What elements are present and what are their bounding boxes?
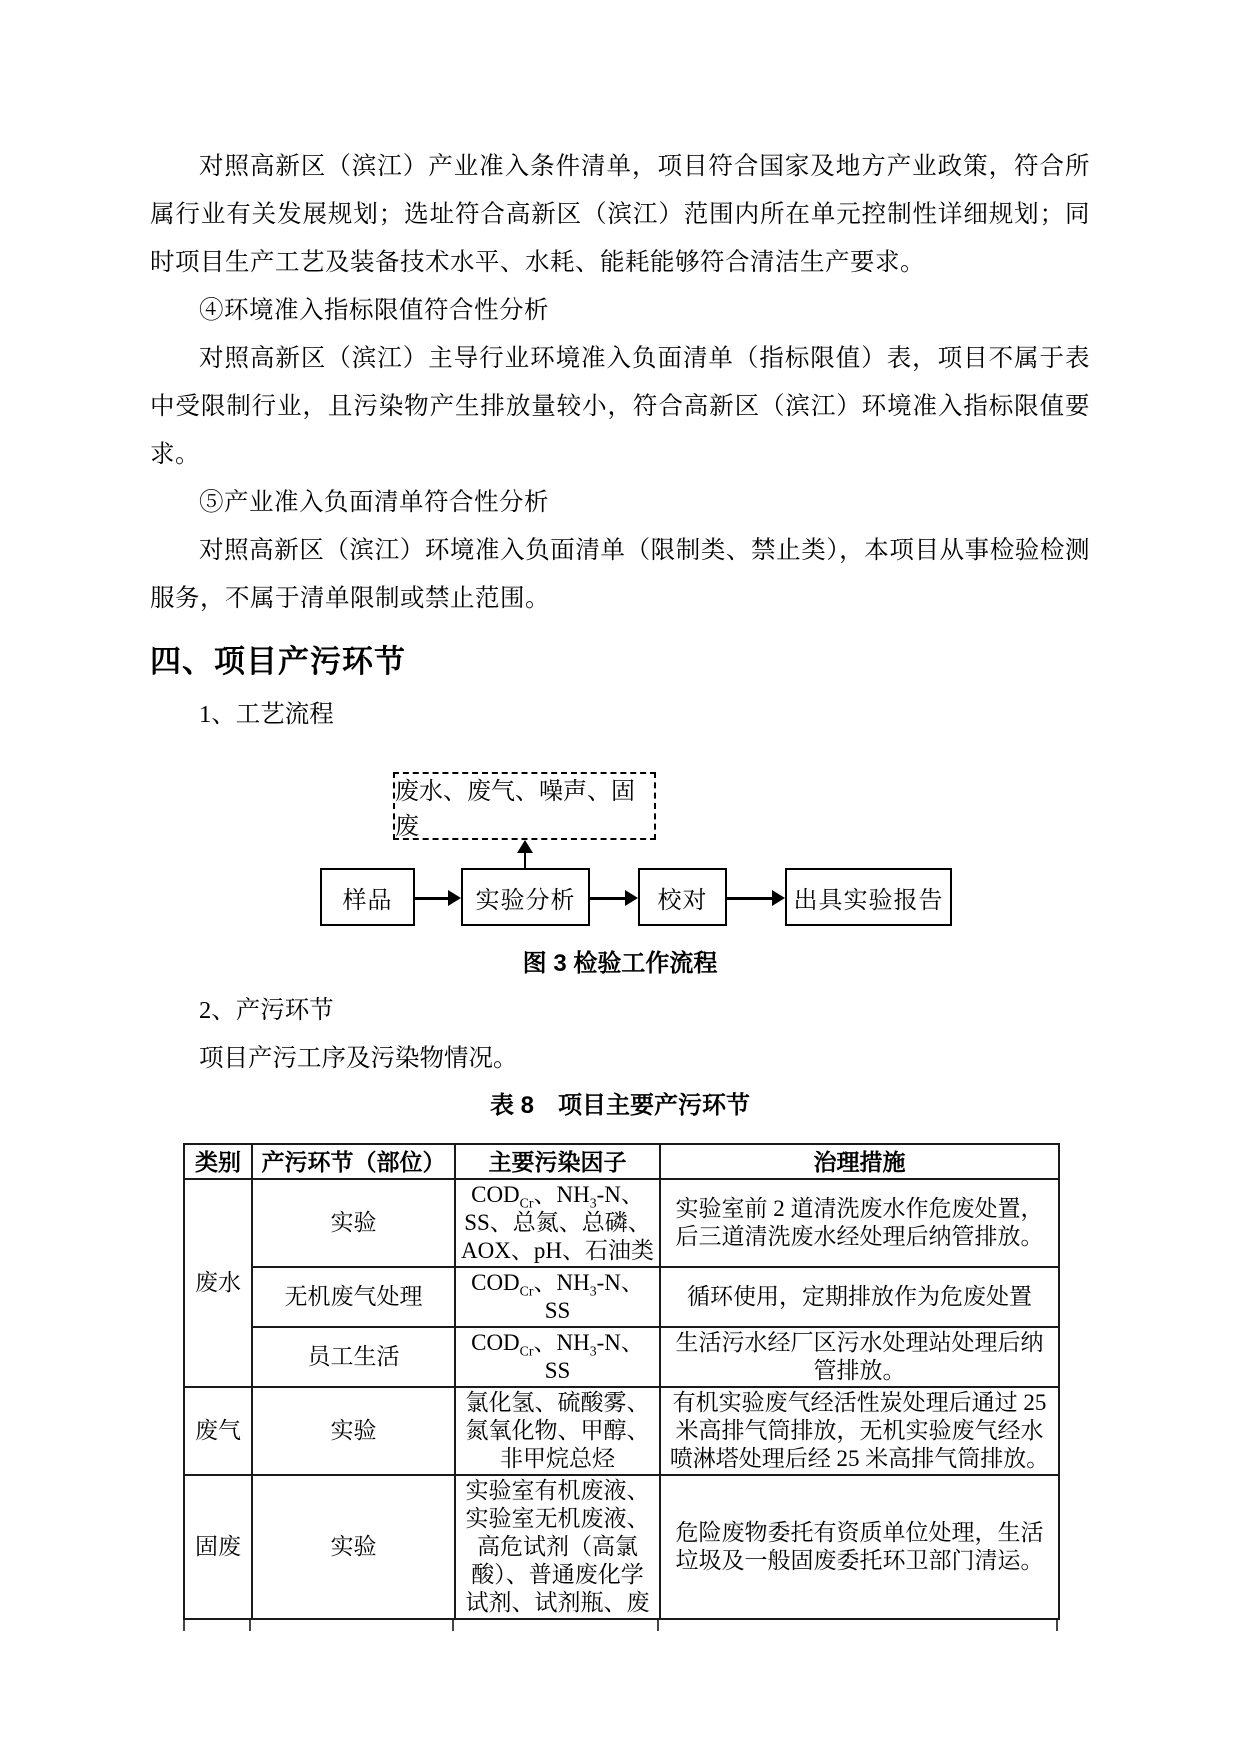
measure-cell: 生活污水经厂区污水处理站处理后纳管排放。 bbox=[660, 1327, 1059, 1387]
paragraph-industry-policy: 对照高新区（滨江）产业准入条件清单，项目符合国家及地方产业政策，符合所属行业有关… bbox=[150, 143, 1090, 287]
stage-cell: 实验 bbox=[252, 1475, 455, 1619]
paragraph-negative-list: 对照高新区（滨江）环境准入负面清单（限制类、禁止类），本项目从事检验检测服务，不… bbox=[150, 527, 1090, 623]
table-caption: 表 8 项目主要产污环节 bbox=[150, 1089, 1090, 1123]
category-solidwaste: 固废 bbox=[184, 1475, 252, 1619]
factors-cell: CODCr、NH3-N、SS、总氮、总磷、AOX、pH、石油类 bbox=[455, 1179, 660, 1267]
measure-cell: 危险废物委托有资质单位处理，生活垃圾及一般固废委托环卫部门清运。 bbox=[660, 1475, 1059, 1619]
stage-cell: 实验 bbox=[252, 1179, 455, 1267]
flow-step-sample: 样品 bbox=[320, 868, 415, 926]
table-header-row: 类别 产污环节（部位） 主要污染因子 治理措施 bbox=[184, 1144, 1059, 1179]
flow-step-report: 出具实验报告 bbox=[785, 868, 952, 926]
process-flow-diagram: 废水、废气、噪声、固废 样品 实验分析 校对 出具实验报告 bbox=[150, 759, 1090, 949]
category-wastegas: 废气 bbox=[184, 1387, 252, 1475]
factors-cell: 实验室有机废液、实验室无机废液、高危试剂（高氯酸）、普通废化学试剂、试剂瓶、废 bbox=[455, 1475, 660, 1619]
table-row: 废水 实验 CODCr、NH3-N、SS、总氮、总磷、AOX、pH、石油类 实验… bbox=[184, 1179, 1059, 1267]
header-factors: 主要污染因子 bbox=[455, 1144, 660, 1179]
stage-cell: 员工生活 bbox=[252, 1327, 455, 1387]
measure-cell: 实验室前 2 道清洗废水作危废处置，后三道清洗废水经处理后纳管排放。 bbox=[660, 1179, 1059, 1267]
factors-cell: CODCr、NH3-N、SS bbox=[455, 1267, 660, 1327]
right-arrow-icon bbox=[727, 890, 785, 906]
subheading-process-flow: 1、工艺流程 bbox=[150, 691, 1090, 739]
paragraph-table-intro: 项目产污工序及污染物情况。 bbox=[150, 1035, 1090, 1083]
stage-cell: 实验 bbox=[252, 1387, 455, 1475]
paragraph-item-5-title: ⑤产业准入负面清单符合性分析 bbox=[150, 479, 1090, 527]
flow-step-analysis: 实验分析 bbox=[461, 868, 590, 926]
factors-cell: CODCr、NH3-N、SS bbox=[455, 1327, 660, 1387]
flow-step-proofread: 校对 bbox=[638, 868, 727, 926]
right-arrow-icon bbox=[590, 890, 638, 906]
table-row: 固废 实验 实验室有机废液、实验室无机废液、高危试剂（高氯酸）、普通废化学试剂、… bbox=[184, 1475, 1059, 1619]
document-page: 对照高新区（滨江）产业准入条件清单，项目符合国家及地方产业政策，符合所属行业有关… bbox=[0, 0, 1240, 1754]
category-wastewater: 废水 bbox=[184, 1179, 252, 1387]
byproducts-dashed-box: 废水、废气、噪声、固废 bbox=[393, 772, 656, 840]
stage-cell: 无机废气处理 bbox=[252, 1267, 455, 1327]
header-category: 类别 bbox=[184, 1144, 252, 1179]
paragraph-item-4-title: ④环境准入指标限值符合性分析 bbox=[150, 287, 1090, 335]
right-arrow-icon bbox=[415, 890, 461, 906]
subheading-pollution-links: 2、产污环节 bbox=[150, 987, 1090, 1035]
figure-caption: 图 3 检验工作流程 bbox=[150, 949, 1090, 979]
section-heading: 四、项目产污环节 bbox=[150, 639, 1090, 685]
table-continuation-stubs bbox=[183, 1620, 1058, 1632]
pollution-table: 类别 产污环节（部位） 主要污染因子 治理措施 废水 实验 CODCr、NH3-… bbox=[183, 1143, 1060, 1620]
paragraph-limit-analysis: 对照高新区（滨江）主导行业环境准入负面清单（指标限值）表，项目不属于表中受限制行… bbox=[150, 335, 1090, 479]
header-stage: 产污环节（部位） bbox=[252, 1144, 455, 1179]
factors-cell: 氯化氢、硫酸雾、氮氧化物、甲醇、非甲烷总烃 bbox=[455, 1387, 660, 1475]
measure-cell: 有机实验废气经活性炭处理后通过 25 米高排气筒排放，无机实验废气经水喷淋塔处理… bbox=[660, 1387, 1059, 1475]
header-measures: 治理措施 bbox=[660, 1144, 1059, 1179]
measure-cell: 循环使用，定期排放作为危废处置 bbox=[660, 1267, 1059, 1327]
table-row: 废气 实验 氯化氢、硫酸雾、氮氧化物、甲醇、非甲烷总烃 有机实验废气经活性炭处理… bbox=[184, 1387, 1059, 1475]
up-arrow-shaft bbox=[524, 852, 526, 868]
table-row: 员工生活 CODCr、NH3-N、SS 生活污水经厂区污水处理站处理后纳管排放。 bbox=[184, 1327, 1059, 1387]
table-row: 无机废气处理 CODCr、NH3-N、SS 循环使用，定期排放作为危废处置 bbox=[184, 1267, 1059, 1327]
